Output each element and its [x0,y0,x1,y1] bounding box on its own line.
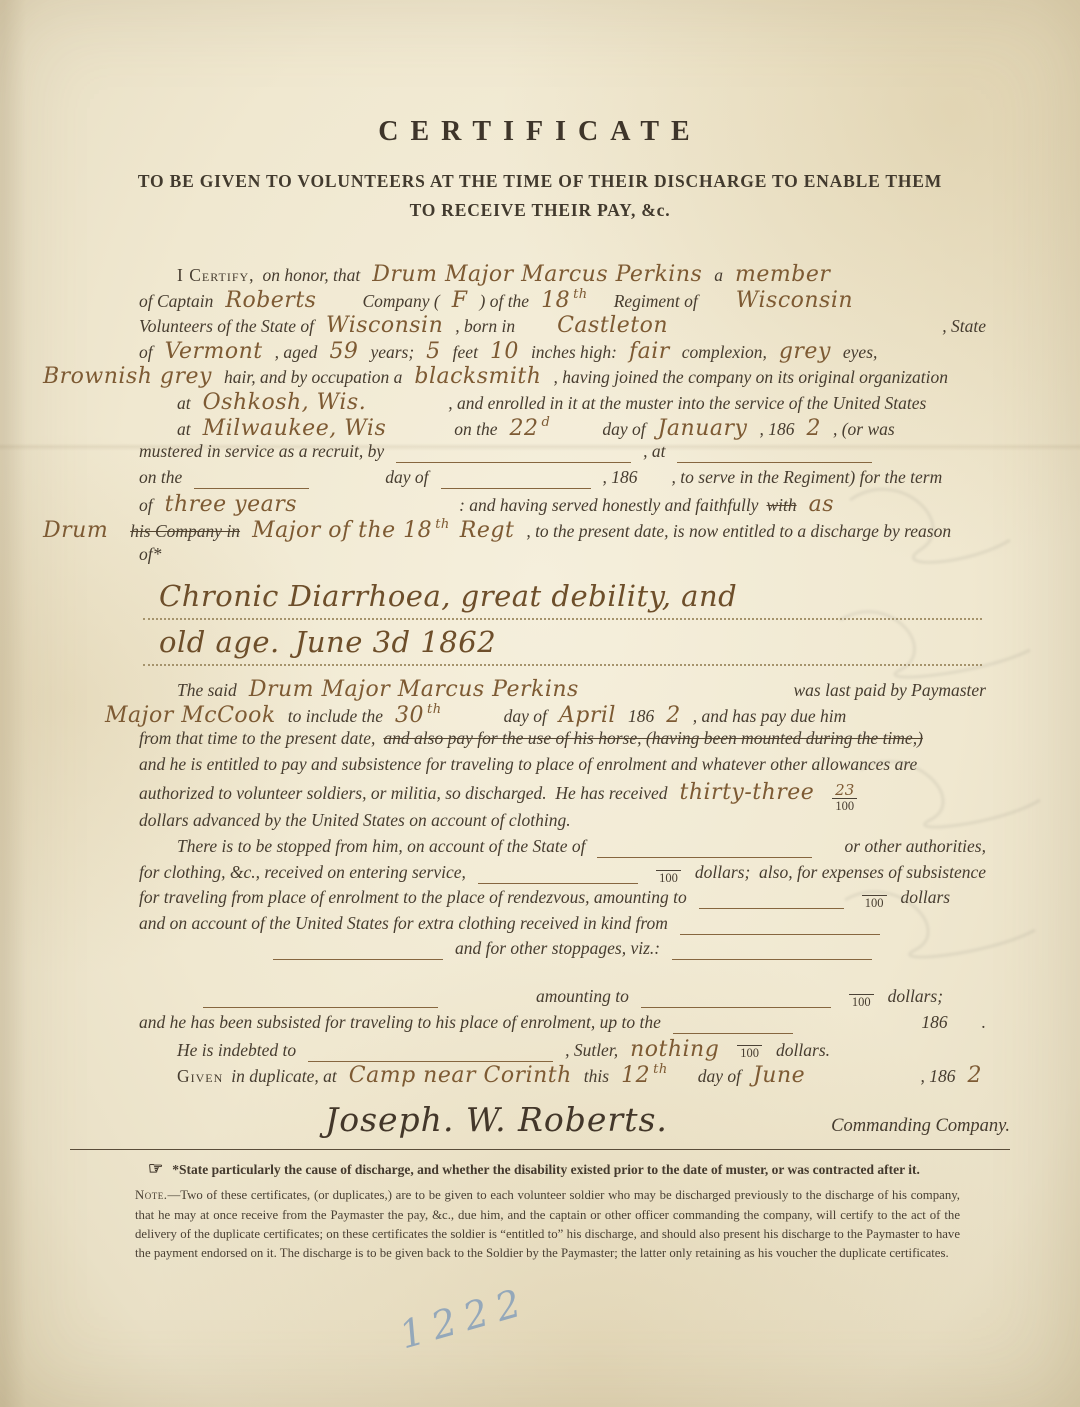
handwritten-entry: th [435,517,450,532]
spacer [374,393,444,414]
printed-text: hair, and by occupation a [224,367,402,388]
spacer [702,291,728,312]
blank-rule [273,938,443,960]
form-line: dollars advanced by the United States on… [135,810,990,836]
handwritten-entry: old age. June 3d 1862 [143,623,982,666]
form-line: amounting to 100dollars; [195,986,990,1012]
handwritten-entry: Milwaukee, Wis [203,416,387,441]
printed-text: He is indebted to [177,1040,296,1061]
form-line: old age. June 3d 1862 [135,623,990,669]
form-line: for traveling from place of enrolment to… [135,887,990,913]
form-line: and he is entitled to pay and subsistenc… [135,754,990,780]
printed-text: inches high: [531,342,617,363]
printed-text: and he is entitled to pay and subsistenc… [139,754,917,775]
subtitle-line-2: TO RECEIVE THEIR PAY, &c. [0,197,1080,224]
printed-text: to include the [288,706,383,727]
printed-text: , at [643,441,665,462]
printed-text: eyes, [843,342,878,363]
handwritten-entry: Major McCook [105,703,276,728]
handwritten-entry: thirty-three [680,780,815,805]
form-line: atMilwaukee, Wis on the22d day ofJanuary… [173,416,990,442]
footnote-text: *State particularly the cause of dischar… [172,1162,920,1178]
form-line: and for other stoppages, viz.: [265,938,990,964]
handwritten-entry: Drum Major Marcus Perkins [372,262,702,287]
printed-text: , 186 [921,1066,956,1087]
handwritten-entry: Drum [43,518,108,543]
printed-text: on the [454,419,497,440]
printed-text: of* [139,544,161,565]
handwritten-entry: member [735,262,830,287]
printed-text: complexion, [682,342,767,363]
handwritten-entry: th [653,1062,668,1077]
form-line: I Certify,on honor, thatDrum Major Marcu… [173,262,990,288]
form-line: of CaptainRoberts Company (F) of the18th… [135,288,990,314]
blank-rule [203,986,438,1008]
spacer [324,291,358,312]
printed-text: There is to be stopped from him, on acco… [177,836,585,857]
spacer [446,986,532,1007]
handwritten-entry: th [573,287,588,302]
handwritten-entry: 59 [329,339,358,364]
cents-fraction: 100 [737,1045,762,1060]
form-line: authorized to volunteer soldiers, or mil… [135,780,990,811]
printed-denominator: 100 [832,798,857,813]
form-line: of* [135,544,990,570]
form-line: ofVermont, aged59years;5feet10inches hig… [135,339,990,365]
pointing-hand-icon: ☞ [148,1159,163,1179]
form-line: on the day of , 186 , to serve in the Re… [135,467,990,493]
printed-text: dollars [901,887,951,908]
handwritten-entry: 12 [621,1063,650,1088]
printed-text: of [139,495,153,516]
handwritten-entry: Castleton [557,313,668,338]
blank-rule [677,441,872,463]
handwritten-entry: 22 [510,416,539,441]
printed-text: at [177,419,191,440]
document-header: CERTIFICATE TO BE GIVEN TO VOLUNTEERS AT… [0,0,1080,224]
printed-text: day of [698,1066,741,1087]
printed-text: I Certify, [177,265,255,286]
printed-text: ) of the [480,291,530,312]
handwritten-entry: Camp near Corinth [349,1063,572,1088]
form-line: Chronic Diarrhoea, great debility, and [135,577,990,623]
handwritten-entry: January [658,416,748,441]
printed-text: , 186 [759,419,794,440]
printed-text: dollars advanced by the United States on… [139,810,571,831]
blank-rule [641,986,831,1008]
handwritten-entry: April [559,703,616,728]
printed-denominator: 100 [849,994,874,1009]
signature-row: Joseph. W. Roberts. Commanding Company. [70,1100,1010,1150]
printed-text-struck: with [766,495,796,516]
printed-text: on the [139,467,182,488]
handwritten-entry: as [809,492,834,517]
blank-rule [597,836,812,858]
printed-text: dollars; also, for expenses of subsisten… [695,862,986,883]
signature-role: Commanding Company. [831,1116,1010,1137]
printed-text: 186 [921,1012,947,1033]
blank-rule [680,913,880,935]
printed-text: of Captain [139,291,213,312]
printed-text: day of [385,467,428,488]
printed-text: years; [370,342,414,363]
document-title: CERTIFICATE [0,116,1080,148]
subtitle-line-1: TO BE GIVEN TO VOLUNTEERS AT THE TIME OF… [0,168,1080,195]
spacer [519,316,549,337]
printed-text: and for other stoppages, viz.: [455,938,660,959]
spacer [444,706,500,727]
blank-rule [308,1040,553,1062]
handwritten-entry: grey [779,339,831,364]
printed-text: in duplicate, at [231,1066,336,1087]
printed-denominator: 100 [862,895,887,910]
printed-text: for clothing, &c., received on entering … [139,862,466,883]
handwritten-entry: 2 [806,416,821,441]
printed-text: a [714,265,723,286]
cents-fraction: 23100 [832,783,857,814]
spacer [305,495,455,516]
form-line: Volunteers of the State ofWisconsin, bor… [135,313,990,339]
handwritten-entry: Brownish grey [43,364,212,389]
handwritten-entry: Roberts [225,288,316,313]
spacer [394,419,450,440]
note-block: Note.—Two of these certificates, (or dup… [135,1186,960,1263]
blank-rule [672,938,872,960]
printed-text: , 186 [603,467,638,488]
blank-rule [673,1012,793,1034]
blank-rule [396,441,631,463]
form-line: from that time to the present date,and a… [135,728,990,754]
printed-text: , and enrolled in it at the muster into … [448,393,926,414]
handwritten-entry: 30 [395,703,424,728]
form-line: ofthree years : and having served honest… [135,492,990,518]
note-text: —Two of these certificates, (or duplicat… [135,1188,960,1260]
printed-text: this [584,1066,609,1087]
printed-text: The said [177,680,237,701]
printed-text: dollars; [888,986,943,1007]
note-label: Note. [135,1188,167,1202]
handwritten-entry: 18 [541,288,570,313]
handwritten-entry: fair [629,339,670,364]
handwritten-entry: 10 [490,339,519,364]
printed-text: for traveling from place of enrolment to… [139,887,687,908]
printed-text: was last paid by Paymaster [794,680,987,701]
handwritten-entry: Wisconsin [736,288,853,313]
certificate-page: CERTIFICATE TO BE GIVEN TO VOLUNTEERS AT… [0,0,1080,1407]
form-line: mustered in service as a recruit, by , a… [135,441,990,467]
printed-text: dollars. [776,1040,830,1061]
printed-text: on honor, that [263,265,361,286]
pencil-annotation: 1222 [395,1279,535,1358]
form-line: and on account of the United States for … [135,913,990,939]
handwritten-entry: 2 [666,703,681,728]
signature-name: Joseph. W. Roberts. [325,1100,668,1139]
handwritten-entry: Vermont [165,339,263,364]
printed-text: , having joined the company on its origi… [553,367,948,388]
cents-fraction: 100 [849,994,874,1009]
cents-fraction: 100 [656,870,681,885]
printed-text-struck: and also pay for the use of his horse, (… [383,728,923,749]
printed-text: mustered in service as a recruit, by [139,441,384,462]
spacer [642,467,668,488]
spacer [552,419,598,440]
spacer [317,467,381,488]
form-line: Brownish greyhair, and by occupation abl… [35,364,990,390]
printed-text: , State [942,316,986,337]
handwritten-entry: 5 [426,339,441,364]
printed-text: : and having served honestly and faithfu… [459,495,758,516]
printed-text: Given [177,1066,223,1087]
printed-text: amounting to [536,986,629,1007]
printed-text: , to serve in the Regiment) for the term [672,467,943,488]
handwritten-entry: Regt [460,518,515,543]
printed-text: and on account of the United States for … [139,913,668,934]
printed-text: , aged [275,342,318,363]
printed-text: from that time to the present date, [139,728,375,749]
handwritten-entry: Drum Major Marcus Perkins [249,677,579,702]
printed-text: at [177,393,191,414]
handwritten-entry: nothing [630,1037,719,1062]
spacer [116,521,126,542]
printed-text: day of [504,706,547,727]
certificate-body: I Certify,on honor, thatDrum Major Marcu… [135,262,990,1088]
handwritten-entry: June [753,1063,805,1088]
spacer [590,291,610,312]
printed-text: and he has been subsisted for traveling … [139,1012,661,1033]
handwritten-entry: Chronic Diarrhoea, great debility, and [143,577,982,620]
handwritten-entry: Oshkosh, Wis. [203,390,367,415]
printed-text: , born in [455,316,515,337]
form-line: Givenin duplicate, atCamp near Corinthth… [173,1063,990,1089]
printed-text: feet [453,342,478,363]
printed-text-struck: his Company in [130,521,240,542]
form-line: Drum his Company inMajor of the 18thRegt… [35,518,990,544]
spacer [670,1066,694,1087]
form-line: The saidDrum Major Marcus Perkinswas las… [173,677,990,703]
handwritten-entry: th [427,702,442,717]
printed-text: Company ( [362,291,439,312]
printed-denominator: 100 [737,1045,762,1060]
form-line: and he has been subsisted for traveling … [135,1012,990,1038]
blank-rule [699,887,844,909]
printed-text: , (or was [833,419,895,440]
printed-text: , Sutler, [565,1040,618,1061]
form-line: Major McCookto include the30th day ofApr… [97,703,990,729]
document-subtitle: TO BE GIVEN TO VOLUNTEERS AT THE TIME OF… [0,168,1080,224]
handwritten-entry: d [542,415,551,430]
form-line: He is indebted to , Sutler,nothing100dol… [173,1037,990,1063]
spacer [952,1012,978,1033]
printed-text: or other authorities, [845,836,986,857]
blank-rule [441,467,591,489]
printed-text: , and has pay due him [693,706,847,727]
printed-text: Volunteers of the State of [139,316,314,337]
handwritten-entry: Major of the 18 [252,518,432,543]
form-line: for clothing, &c., received on entering … [135,862,990,888]
handwritten-entry: blacksmith [414,364,541,389]
handwritten-cents: 23 [835,783,854,799]
printed-text: authorized to volunteer soldiers, or mil… [139,783,668,804]
footnote: ☞ *State particularly the cause of disch… [148,1159,1080,1179]
handwritten-entry: 2 [968,1063,983,1088]
printed-denominator: 100 [656,870,681,885]
handwritten-entry: Wisconsin [326,313,443,338]
blank-rule [478,862,638,884]
printed-text: Regiment of [614,291,698,312]
handwritten-entry: three years [165,492,297,517]
printed-text: . [982,1012,986,1033]
cents-fraction: 100 [862,895,887,910]
printed-text: day of [602,419,645,440]
form-line: There is to be stopped from him, on acco… [173,836,990,862]
handwritten-entry: F [452,288,468,313]
printed-text: , to the present date, is now entitled t… [526,521,951,542]
printed-text: 186 [628,706,654,727]
printed-text: of [139,342,153,363]
form-line: atOshkosh, Wis. , and enrolled in it at … [173,390,990,416]
blank-rule [194,467,309,489]
